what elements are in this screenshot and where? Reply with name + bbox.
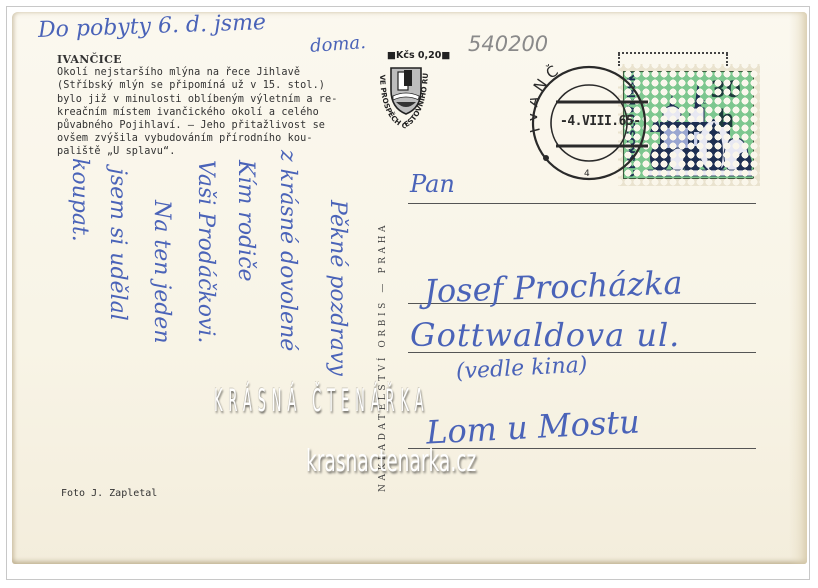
message-line: Vaši Prodáčkovi. [193,160,218,343]
stamp-value-number: 30 [710,78,741,103]
svg-text:4: 4 [584,169,590,179]
town-heading: IVANČICE [57,53,377,66]
address-line [408,203,756,204]
message-line: Pěkné pozdravy [325,200,350,376]
description-line: paliště „U splavu“. [57,145,377,158]
description-line: ovšem zvýšila vybudováním přírodního kou… [57,132,377,145]
tourism-emblem-icon: VE PROSPĚCH CESTOVNÍHO RUCHU [374,50,432,132]
watermark-title: KRÁSNÁ ČTENÁŘKA [214,383,429,419]
message-line: Kím rodiče [233,160,258,282]
description-line: půvabného Pojihlaví. — Jeho přitažlivost… [57,119,377,132]
message-line: jsem si udělal [105,168,130,321]
message-line: Na ten jeden [149,200,174,344]
postmark-date: -4.VIII.65- [560,114,641,129]
stamp-value: 30 h [710,80,741,130]
message-line: z krásné dovolené [275,150,300,351]
description-line: bylo již v minulosti oblíbeným výletním … [57,93,377,106]
description-line: Okolí nejstaršího mlýna na řece Jihlavě [57,66,377,79]
description-line: kreačním místem ivančického okolí a celé… [57,106,377,119]
stamp-city: KOŠICE [690,100,710,106]
stamp-value-unit: h [710,108,741,130]
card-edge-shading [789,12,807,564]
description-line: (Stříbský mlýn se připomíná už v 15. sto… [57,79,377,92]
address-street: Gottwaldova ul. [410,316,680,354]
message-line: koupat. [67,158,92,242]
pencil-note: 540200 [468,32,548,56]
photo-credit: Foto J. Zapletal [61,488,157,499]
address-salutation: Pan [410,170,455,198]
printed-description: IVANČICE Okolí nejstaršího mlýna na řece… [57,53,377,159]
watermark-url: krasnactenarka.cz [306,444,476,479]
